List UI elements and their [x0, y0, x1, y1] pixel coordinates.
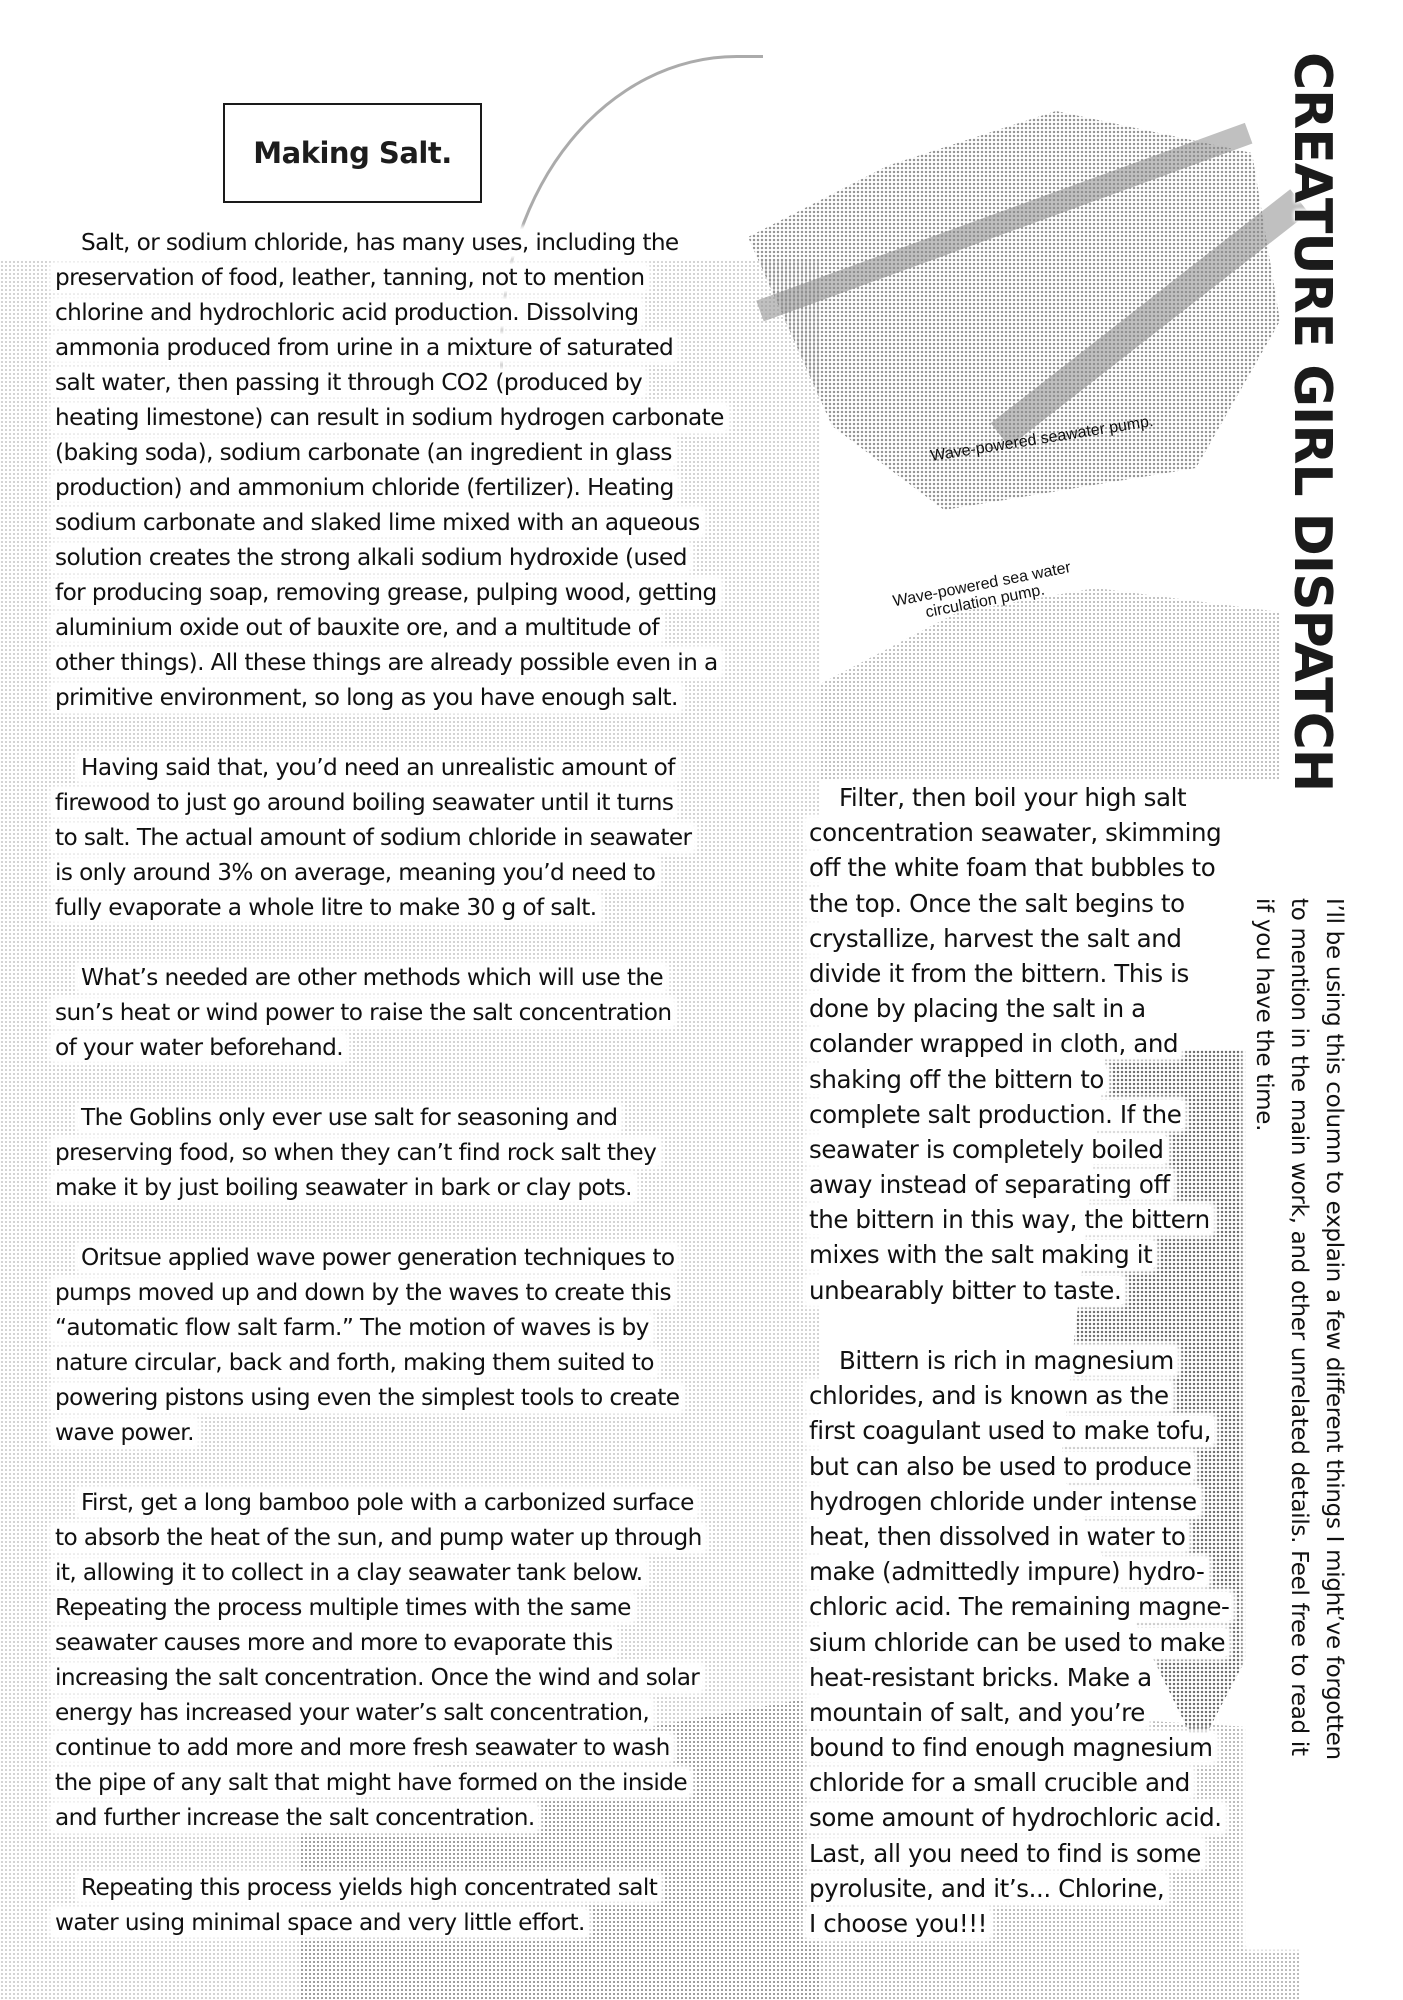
paragraph-gap	[52, 1205, 792, 1240]
text-line: Oritsue applied wave power generation te…	[52, 1240, 792, 1275]
text-line: salt water, then passing it through CO2 …	[52, 365, 792, 400]
text-line-content: energy has increased your water’s salt c…	[52, 1699, 652, 1726]
text-line: crystallize, harvest the salt and	[806, 921, 1236, 956]
text-line-content: chlorides, and is known as the	[806, 1381, 1172, 1410]
text-line: mountain of salt, and you’re	[806, 1695, 1236, 1730]
text-line-content: first coagulant used to make tofu,	[806, 1416, 1214, 1445]
text-line-content: some amount of hydrochloric acid.	[806, 1803, 1225, 1832]
text-line: the pipe of any salt that might have for…	[52, 1765, 792, 1800]
text-line-content: mixes with the salt making it	[806, 1240, 1155, 1269]
text-line-content: chlorine and hydrochloric acid productio…	[52, 299, 642, 326]
text-line-content: make it by just boiling seawater in bark…	[52, 1174, 635, 1201]
text-line-content: chloride for a small crucible and	[806, 1768, 1193, 1797]
intro-note-line: to mention in the main work, and other u…	[1281, 898, 1316, 1948]
text-line: (baking soda), sodium carbonate (an ingr…	[52, 435, 792, 470]
text-line-content: to salt. The actual amount of sodium chl…	[52, 824, 694, 851]
text-line-content: but can also be used to produce	[806, 1452, 1194, 1481]
text-line-content: for producing soap, removing grease, pul…	[52, 579, 720, 606]
text-line: Bittern is rich in magnesium	[806, 1343, 1236, 1378]
text-line: fully evaporate a whole litre to make 30…	[52, 890, 792, 925]
paragraph-gap	[52, 1835, 792, 1870]
text-line-content: preserving food, so when they can’t find…	[52, 1139, 659, 1166]
text-line: seawater is completely boiled	[806, 1132, 1236, 1167]
text-line-content: production) and ammonium chloride (ferti…	[52, 474, 677, 501]
text-line-content: water using minimal space and very littl…	[52, 1909, 588, 1936]
text-line: aluminium oxide out of bauxite ore, and …	[52, 610, 792, 645]
text-line: Having said that, you’d need an unrealis…	[52, 750, 792, 785]
column-intro-note: I’ll be using this column to explain a f…	[1246, 898, 1351, 1948]
text-line: of your water beforehand.	[52, 1030, 792, 1065]
text-line: wave power.	[52, 1415, 792, 1450]
text-line: preserving food, so when they can’t find…	[52, 1135, 792, 1170]
text-line: heat-resistant bricks. Make a	[806, 1660, 1236, 1695]
text-line: done by placing the salt in a	[806, 991, 1236, 1026]
text-line-content: (baking soda), sodium carbonate (an ingr…	[52, 439, 675, 466]
text-line-content: shaking off the bittern to	[806, 1065, 1107, 1094]
text-line-content: salt water, then passing it through CO2 …	[52, 369, 645, 396]
intro-note-line: I’ll be using this column to explain a f…	[1316, 898, 1351, 1948]
text-line: make (admittedly impure) hydro-	[806, 1554, 1236, 1589]
text-line-content: and further increase the salt concentrat…	[52, 1804, 538, 1831]
text-line: first coagulant used to make tofu,	[806, 1413, 1236, 1448]
text-line-content: heat-resistant bricks. Make a	[806, 1663, 1155, 1692]
text-line: What’s needed are other methods which wi…	[52, 960, 792, 995]
text-line: primitive environment, so long as you ha…	[52, 680, 792, 715]
text-line: the top. Once the salt begins to	[806, 886, 1236, 921]
text-line-content: Repeating this process yields high conce…	[78, 1874, 660, 1901]
paragraph-gap	[52, 1065, 792, 1100]
text-line-content: it, allowing it to collect in a clay sea…	[52, 1559, 646, 1586]
text-line: complete salt production. If the	[806, 1097, 1236, 1132]
text-line-content: pyrolusite, and it’s... Chlorine,	[806, 1874, 1167, 1903]
text-line: solution creates the strong alkali sodiu…	[52, 540, 792, 575]
text-line: chlorine and hydrochloric acid productio…	[52, 295, 792, 330]
text-line-content: complete salt production. If the	[806, 1100, 1184, 1129]
text-line: concentration seawater, skimming	[806, 815, 1236, 850]
text-line: is only around 3% on average, meaning yo…	[52, 855, 792, 890]
text-line: pyrolusite, and it’s... Chlorine,	[806, 1871, 1236, 1906]
text-line-content: The Goblins only ever use salt for seaso…	[78, 1104, 620, 1131]
text-line-content: sodium carbonate and slaked lime mixed w…	[52, 509, 703, 536]
paragraph-gap	[52, 1450, 792, 1485]
text-line: heat, then dissolved in water to	[806, 1519, 1236, 1554]
text-line: heating limestone) can result in sodium …	[52, 400, 792, 435]
series-title-vertical: CREATURE GIRL DISPATCH	[1282, 52, 1342, 882]
text-line-content: Salt, or sodium chloride, has many uses,…	[78, 229, 682, 256]
text-line-content: concentration seawater, skimming	[806, 818, 1224, 847]
text-line-content: hydrogen chloride under intense	[806, 1487, 1200, 1516]
text-line-content: aluminium oxide out of bauxite ore, and …	[52, 614, 662, 641]
text-line-content: firewood to just go around boiling seawa…	[52, 789, 676, 816]
text-line: increasing the salt concentration. Once …	[52, 1660, 792, 1695]
text-line: chloric acid. The remaining magne-	[806, 1589, 1236, 1624]
paragraph-gap	[806, 1308, 1236, 1343]
text-line-content: unbearably bitter to taste.	[806, 1276, 1124, 1305]
text-line: and further increase the salt concentrat…	[52, 1800, 792, 1835]
text-line: make it by just boiling seawater in bark…	[52, 1170, 792, 1205]
text-line-content: to absorb the heat of the sun, and pump …	[52, 1524, 705, 1551]
text-line-content: is only around 3% on average, meaning yo…	[52, 859, 658, 886]
text-line: First, get a long bamboo pole with a car…	[52, 1485, 792, 1520]
text-line-content: First, get a long bamboo pole with a car…	[78, 1489, 697, 1516]
text-line: to absorb the heat of the sun, and pump …	[52, 1520, 792, 1555]
text-line-content: divide it from the bittern. This is	[806, 959, 1192, 988]
text-line: powering pistons using even the simplest…	[52, 1380, 792, 1415]
text-line-content: primitive environment, so long as you ha…	[52, 684, 681, 711]
text-line: bound to find enough magnesium	[806, 1730, 1236, 1765]
text-line-content: heat, then dissolved in water to	[806, 1522, 1188, 1551]
text-line: “automatic flow salt farm.” The motion o…	[52, 1310, 792, 1345]
pump-pole	[991, 189, 1309, 447]
text-line-content: Bittern is rich in magnesium	[836, 1346, 1177, 1375]
text-line: chloride for a small crucible and	[806, 1765, 1236, 1800]
text-line: off the white foam that bubbles to	[806, 850, 1236, 885]
text-line-content: preservation of food, leather, tanning, …	[52, 264, 647, 291]
text-line: shaking off the bittern to	[806, 1062, 1236, 1097]
text-line: other things). All these things are alre…	[52, 645, 792, 680]
text-line: colander wrapped in cloth, and	[806, 1026, 1236, 1061]
text-line: preservation of food, leather, tanning, …	[52, 260, 792, 295]
text-line: water using minimal space and very littl…	[52, 1905, 792, 1940]
text-line: mixes with the salt making it	[806, 1237, 1236, 1272]
text-line: divide it from the bittern. This is	[806, 956, 1236, 991]
text-line-content: make (admittedly impure) hydro-	[806, 1557, 1208, 1586]
text-line: the bittern in this way, the bittern	[806, 1202, 1236, 1237]
text-line: Repeating the process multiple times wit…	[52, 1590, 792, 1625]
text-line: production) and ammonium chloride (ferti…	[52, 470, 792, 505]
text-line-content: of your water beforehand.	[52, 1034, 346, 1061]
text-line-content: away instead of separating off	[806, 1170, 1173, 1199]
text-line-content: the top. Once the salt begins to	[806, 889, 1188, 918]
paragraph-gap	[52, 925, 792, 960]
text-line-content: nature circular, back and forth, making …	[52, 1349, 657, 1376]
text-line-content: What’s needed are other methods which wi…	[78, 964, 666, 991]
text-line-content: the pipe of any salt that might have for…	[52, 1769, 690, 1796]
text-line: chlorides, and is known as the	[806, 1378, 1236, 1413]
text-line: hydrogen chloride under intense	[806, 1484, 1236, 1519]
text-line: The Goblins only ever use salt for seaso…	[52, 1100, 792, 1135]
text-line: unbearably bitter to taste.	[806, 1273, 1236, 1308]
section-title: Making Salt.	[253, 136, 451, 170]
text-line: sun’s heat or wind power to raise the sa…	[52, 995, 792, 1030]
text-line-content: done by placing the salt in a	[806, 994, 1149, 1023]
text-line-content: crystallize, harvest the salt and	[806, 924, 1185, 953]
left-text-column: Salt, or sodium chloride, has many uses,…	[52, 225, 792, 1940]
text-line-content: Filter, then boil your high salt	[836, 783, 1189, 812]
text-line-content: “automatic flow salt farm.” The motion o…	[52, 1314, 652, 1341]
text-line: but can also be used to produce	[806, 1449, 1236, 1484]
text-line: for producing soap, removing grease, pul…	[52, 575, 792, 610]
text-line-content: wave power.	[52, 1419, 197, 1446]
paragraph-gap	[52, 715, 792, 750]
right-text-column: Filter, then boil your high saltconcentr…	[806, 780, 1236, 1941]
text-line: away instead of separating off	[806, 1167, 1236, 1202]
text-line: pumps moved up and down by the waves to …	[52, 1275, 792, 1310]
text-line: it, allowing it to collect in a clay sea…	[52, 1555, 792, 1590]
text-line: sium chloride can be used to make	[806, 1625, 1236, 1660]
text-line: Filter, then boil your high salt	[806, 780, 1236, 815]
text-line: I choose you!!!	[806, 1906, 1236, 1941]
caption-circulation-pump: Wave-powered sea water circulation pump.	[892, 559, 1076, 627]
text-line-content: fully evaporate a whole litre to make 30…	[52, 894, 600, 921]
text-line-content: chloric acid. The remaining magne-	[806, 1592, 1232, 1621]
text-line-content: increasing the salt concentration. Once …	[52, 1664, 702, 1691]
text-line: some amount of hydrochloric acid.	[806, 1800, 1236, 1835]
intro-note-line: if you have the time.	[1246, 898, 1281, 1948]
text-line-content: powering pistons using even the simplest…	[52, 1384, 682, 1411]
section-title-box: Making Salt.	[223, 103, 482, 203]
text-line-content: solution creates the strong alkali sodiu…	[52, 544, 690, 571]
text-line-content: colander wrapped in cloth, and	[806, 1029, 1181, 1058]
text-line-content: Last, all you need to find is some	[806, 1839, 1204, 1868]
text-line: seawater causes more and more to evapora…	[52, 1625, 792, 1660]
text-line-content: Oritsue applied wave power generation te…	[78, 1244, 677, 1271]
text-line-content: ammonia produced from urine in a mixture…	[52, 334, 676, 361]
text-line-content: continue to add more and more fresh seaw…	[52, 1734, 673, 1761]
text-line: energy has increased your water’s salt c…	[52, 1695, 792, 1730]
text-line-content: seawater causes more and more to evapora…	[52, 1629, 616, 1656]
text-line-content: off the white foam that bubbles to	[806, 853, 1218, 882]
text-line-content: sun’s heat or wind power to raise the sa…	[52, 999, 674, 1026]
text-line-content: seawater is completely boiled	[806, 1135, 1167, 1164]
text-line-content: sium chloride can be used to make	[806, 1628, 1228, 1657]
text-line: Repeating this process yields high conce…	[52, 1870, 792, 1905]
text-line-content: bound to find enough magnesium	[806, 1733, 1216, 1762]
text-line-content: Repeating the process multiple times wit…	[52, 1594, 634, 1621]
text-line: to salt. The actual amount of sodium chl…	[52, 820, 792, 855]
text-line-content: heating limestone) can result in sodium …	[52, 404, 727, 431]
text-line-content: mountain of salt, and you’re	[806, 1698, 1148, 1727]
text-line-content: the bittern in this way, the bittern	[806, 1205, 1213, 1234]
text-line-content: other things). All these things are alre…	[52, 649, 721, 676]
text-line: nature circular, back and forth, making …	[52, 1345, 792, 1380]
text-line-content: Having said that, you’d need an unrealis…	[78, 754, 678, 781]
text-line: continue to add more and more fresh seaw…	[52, 1730, 792, 1765]
text-line-content: I choose you!!!	[806, 1909, 990, 1938]
text-line: sodium carbonate and slaked lime mixed w…	[52, 505, 792, 540]
text-line: Last, all you need to find is some	[806, 1836, 1236, 1871]
text-line: ammonia produced from urine in a mixture…	[52, 330, 792, 365]
text-line: Salt, or sodium chloride, has many uses,…	[52, 225, 792, 260]
text-line: firewood to just go around boiling seawa…	[52, 785, 792, 820]
text-line-content: pumps moved up and down by the waves to …	[52, 1279, 674, 1306]
